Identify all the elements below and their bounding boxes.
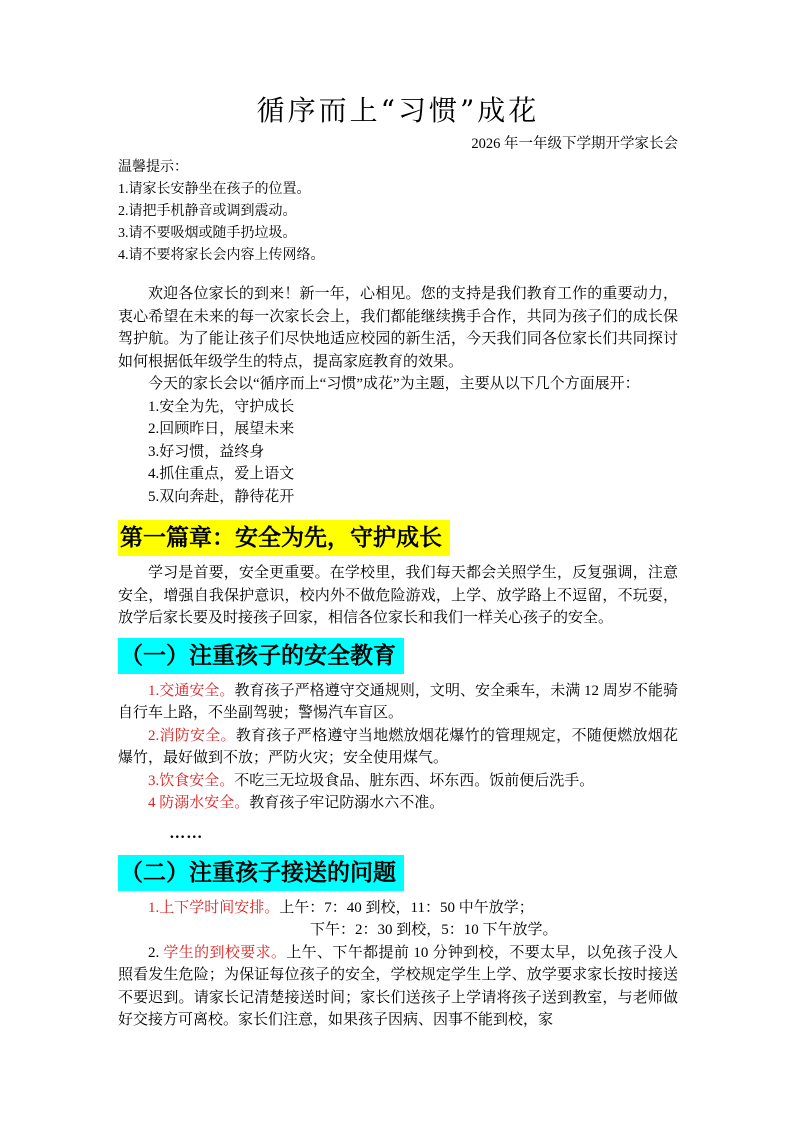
safety-item-drowning: 4 防溺水安全。教育孩子牢记防溺水六不准。 bbox=[118, 792, 678, 815]
warm-tip-item: 1.请家长安静坐在孩子的位置。 bbox=[118, 179, 678, 201]
schedule-item-line1: 1.上下学时间安排。上午：7：40 到校，11：50 中午放学； bbox=[118, 897, 678, 920]
agenda-item: 2.回顾昨日，展望未来 bbox=[118, 418, 678, 441]
section1-heading-row: （一）注重孩子的安全教育 bbox=[118, 638, 678, 674]
theme-paragraph: 今天的家长会以“循序而上“习惯”成花”为主题，主要从以下几个方面展开： bbox=[118, 373, 678, 396]
agenda-list: 1.安全为先，守护成长 2.回顾昨日，展望未来 3.好习惯，益终身 4.抓住重点… bbox=[118, 396, 678, 509]
arrival-requirement-item: 2. 学生的到校要求。上午、下午都提前 10 分钟到校，不要太早，以免孩子没人照… bbox=[118, 942, 678, 1032]
chapter1-heading-row: 第一篇章：安全为先，守护成长 bbox=[118, 520, 678, 556]
chapter1-intro-paragraph: 学习是首要，安全更重要。在学校里，我们每天都会关照学生，反复强调，注意安全，增强… bbox=[118, 562, 678, 630]
section1-heading: （一）注重孩子的安全教育 bbox=[118, 638, 404, 674]
welcome-paragraph: 欢迎各位家长的到来！新一年，心相见。您的支持是我们教育工作的重要动力，衷心希望在… bbox=[118, 283, 678, 373]
safety-item-drowning-lead: 4 防溺水安全。 bbox=[148, 795, 249, 811]
warm-tip-item: 3.请不要吸烟或随手扔垃圾。 bbox=[118, 223, 678, 245]
doc-subtitle: 2026 年一年级下学期开学家长会 bbox=[118, 133, 678, 155]
ellipsis-line: …… bbox=[118, 825, 678, 843]
agenda-item: 3.好习惯，益终身 bbox=[118, 441, 678, 464]
agenda-item: 1.安全为先，守护成长 bbox=[118, 396, 678, 419]
schedule-item-lead: 1.上下学时间安排。 bbox=[148, 900, 279, 916]
schedule-item-line2: 下午：2：30 到校，5：10 下午放学。 bbox=[118, 919, 678, 942]
chapter1-heading: 第一篇章：安全为先，守护成长 bbox=[118, 520, 450, 556]
section2-heading-row: （二）注重孩子接送的问题 bbox=[118, 855, 678, 891]
safety-item-fire: 2.消防安全。教育孩子严格遵守当地燃放烟花爆竹的管理规定，不随便燃放烟花爆竹，最… bbox=[118, 725, 678, 770]
doc-title: 循序而上“习惯”成花 bbox=[118, 92, 678, 130]
arrival-requirement-number: 2. bbox=[148, 945, 163, 961]
safety-item-fire-lead: 2.消防安全。 bbox=[148, 728, 236, 744]
agenda-item: 4.抓住重点，爱上语文 bbox=[118, 463, 678, 486]
schedule-item-morning: 上午：7：40 到校，11：50 中午放学； bbox=[279, 900, 533, 916]
section2-heading: （二）注重孩子接送的问题 bbox=[118, 855, 404, 891]
safety-item-food: 3.饮食安全。不吃三无垃圾食品、脏东西、坏东西。饭前便后洗手。 bbox=[118, 770, 678, 793]
safety-item-food-text: 不吃三无垃圾食品、脏东西、坏东西。饭前便后洗手。 bbox=[234, 773, 594, 789]
safety-item-food-lead: 3.饮食安全。 bbox=[148, 773, 234, 789]
safety-item-traffic: 1.交通安全。教育孩子严格遵守交通规则，文明、安全乘车，未满 12 周岁不能骑自… bbox=[118, 680, 678, 725]
warm-tip-item: 4.请不要将家长会内容上传网络。 bbox=[118, 245, 678, 267]
agenda-item: 5.双向奔赴，静待花开 bbox=[118, 486, 678, 509]
safety-item-traffic-lead: 1.交通安全。 bbox=[148, 683, 234, 699]
warm-tip-item: 2.请把手机静音或调到震动。 bbox=[118, 201, 678, 223]
arrival-requirement-lead: 学生的到校要求。 bbox=[163, 945, 286, 961]
document-page: 循序而上“习惯”成花 2026 年一年级下学期开学家长会 温馨提示： 1.请家长… bbox=[0, 0, 793, 1122]
warm-tips-label: 温馨提示： bbox=[118, 157, 678, 179]
safety-item-drowning-text: 教育孩子牢记防溺水六不准。 bbox=[249, 795, 444, 811]
warm-tips-block: 温馨提示： 1.请家长安静坐在孩子的位置。 2.请把手机静音或调到震动。 3.请… bbox=[118, 157, 678, 267]
